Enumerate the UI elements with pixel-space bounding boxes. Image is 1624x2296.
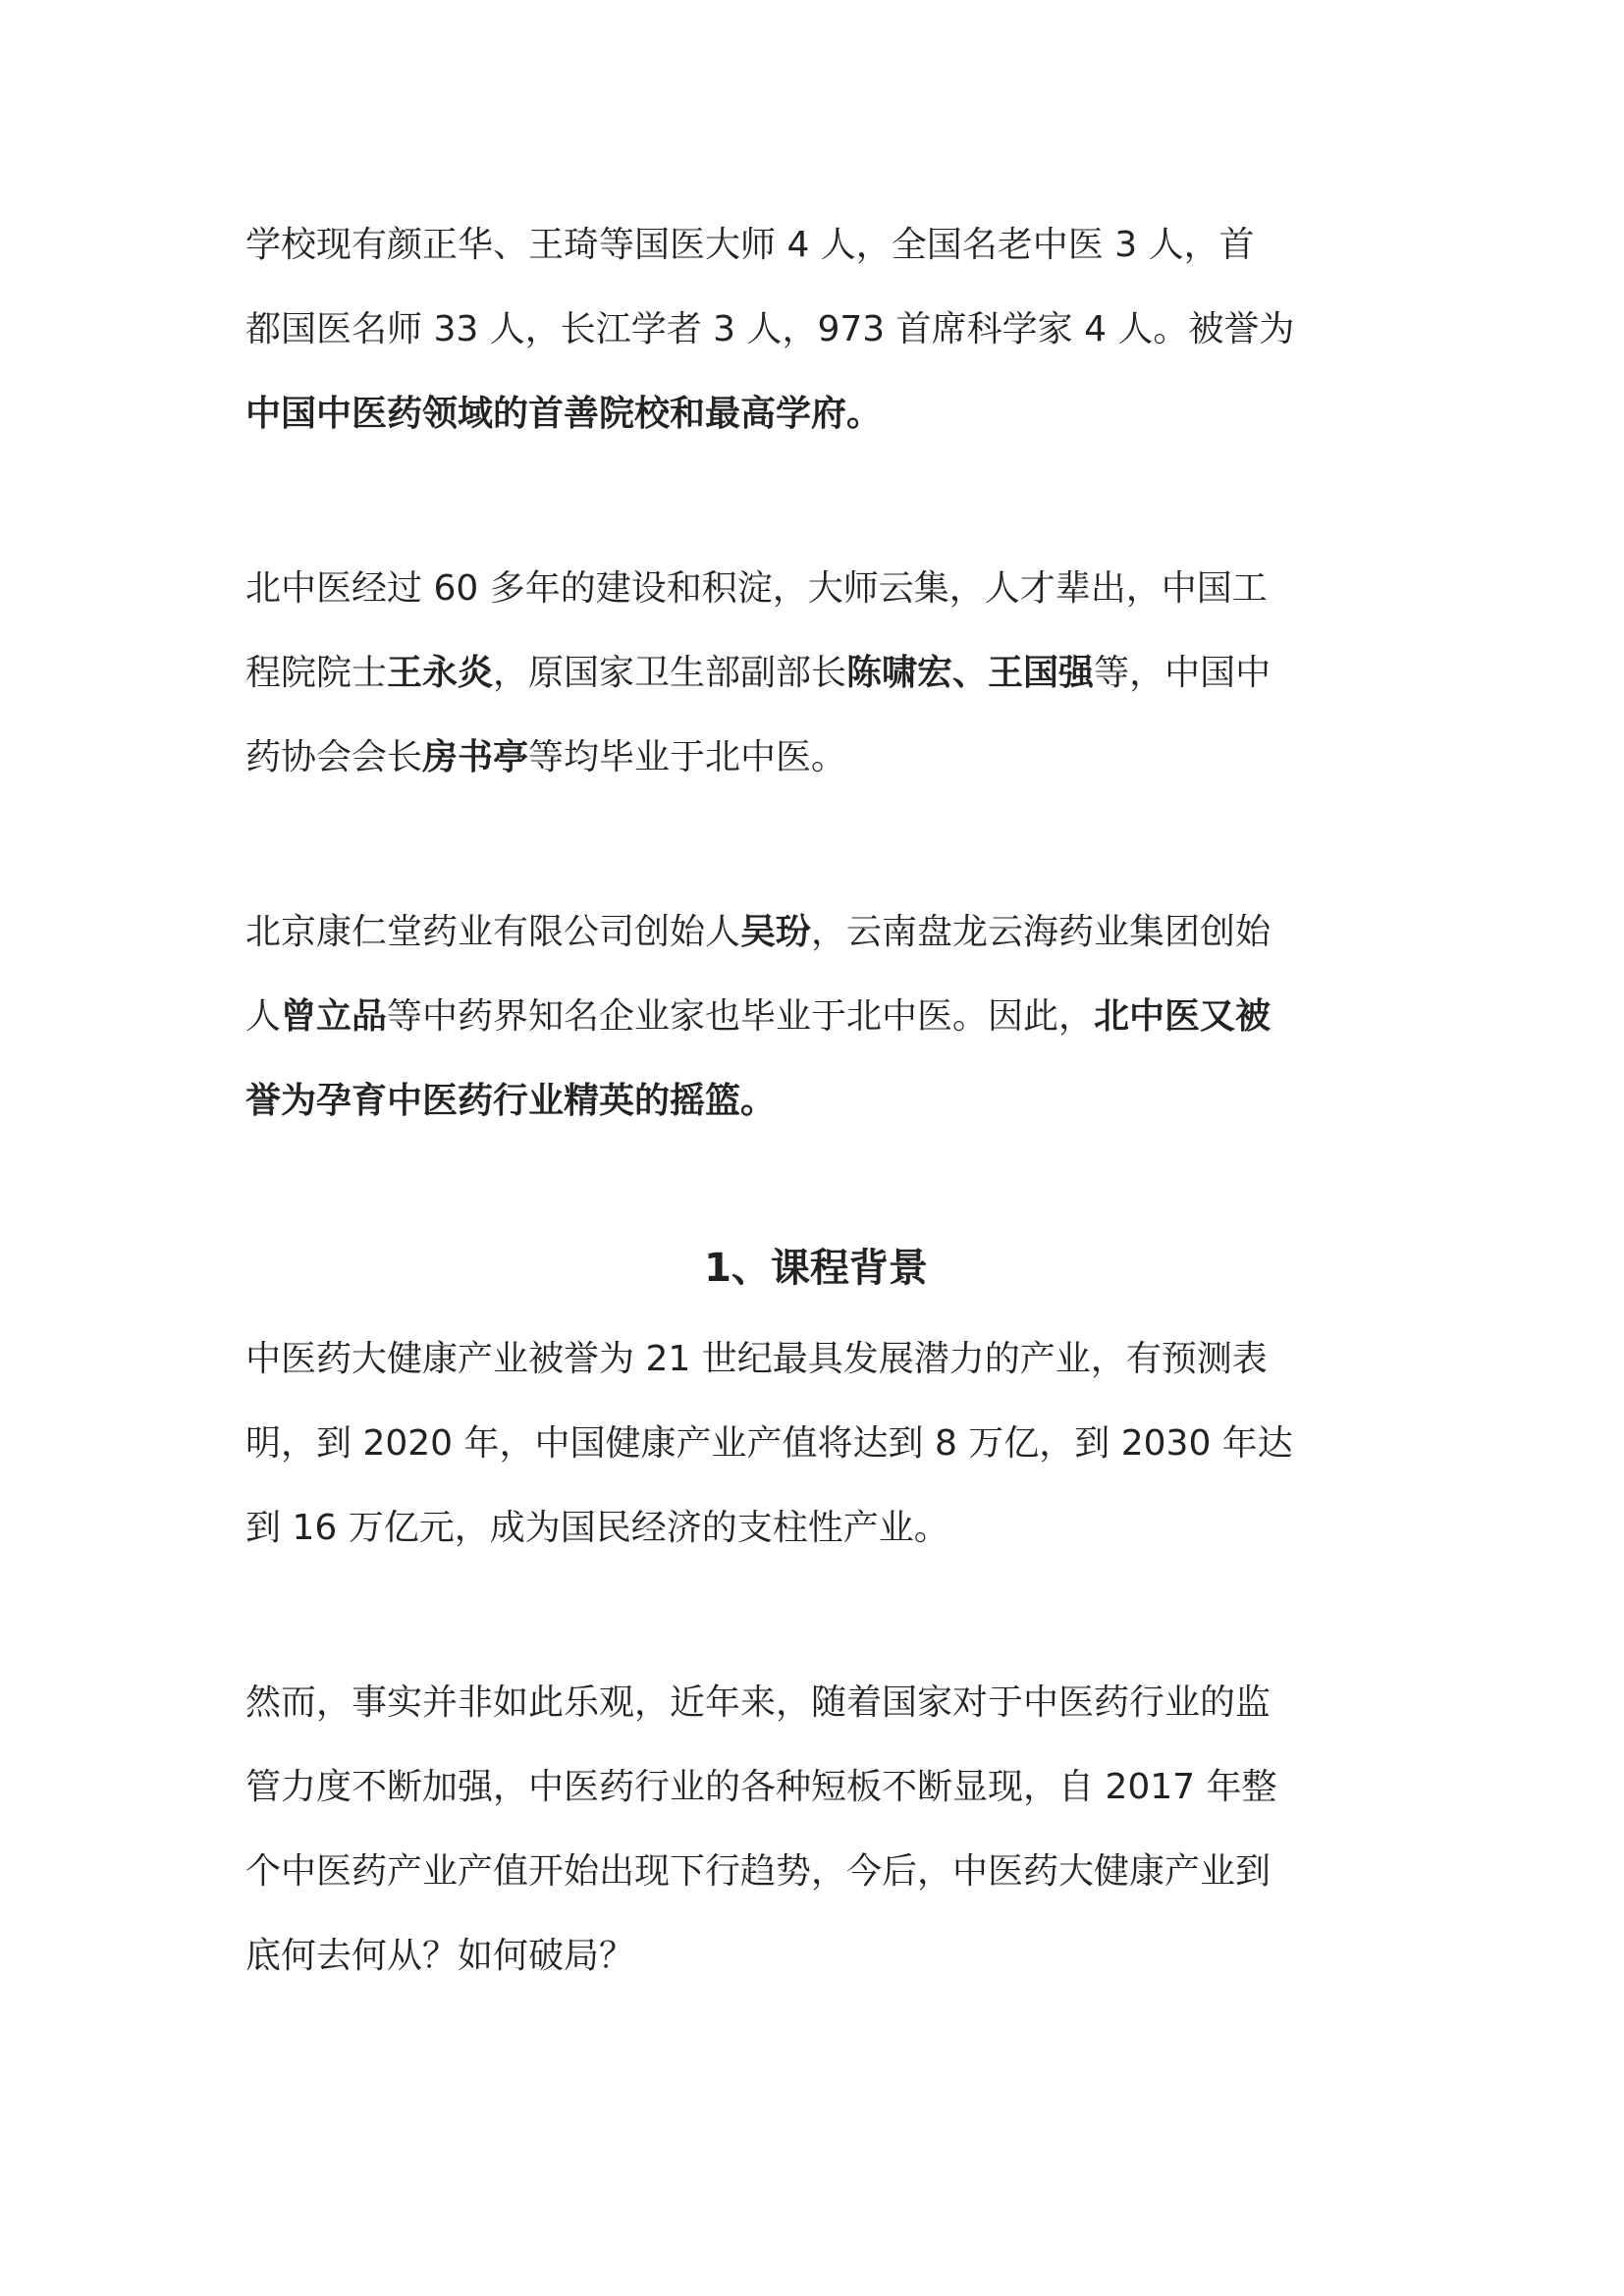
text-run: 等中药界知名企业家也毕业于北中医。因此，: [387, 996, 1094, 1037]
text-line: 誉为孕育中医药行业精英的摇篮。: [245, 1059, 1386, 1144]
text-run: 个中医药产业产值开始出现下行趋势，今后，中医药大健康产业到: [245, 1851, 1271, 1892]
text-run: 管力度不断加强，中医药行业的各种短板不断显现，自 2017 年整: [245, 1767, 1277, 1807]
bold-name: 房书亭: [422, 737, 528, 777]
text-run: 北中医经过 60 多年的建设和积淀，大师云集，人才辈出，中国工: [245, 568, 1268, 609]
text-line: 北中医经过 60 多年的建设和积淀，大师云集，人才辈出，中国工: [245, 547, 1386, 631]
text-run: 药协会会长: [245, 737, 422, 777]
section-heading: 1、课程背景: [245, 1239, 1386, 1298]
text-line: 都国医名师 33 人，长江学者 3 人，973 首席科学家 4 人。被誉为: [245, 288, 1386, 372]
text-run: 底何去何从？如何破局？: [245, 1936, 634, 1976]
text-run: ，云南盘龙云海药业集团创始: [811, 912, 1271, 952]
bold-text-run: 誉为孕育中医药行业精英的摇篮。: [245, 1081, 776, 1121]
text-line: 到 16 万亿元，成为国民经济的支柱性产业。: [245, 1486, 1386, 1571]
text-run: 都国医名师 33 人，长江学者 3 人，973 首席科学家 4 人。被誉为: [245, 309, 1294, 349]
text-line: 底何去何从？如何破局？: [245, 1914, 1386, 1999]
text-line: 然而，事实并非如此乐观，近年来，随着国家对于中医药行业的监: [245, 1661, 1386, 1745]
text-line: 学校现有颜正华、王琦等国医大师 4 人，全国名老中医 3 人，首: [245, 203, 1386, 288]
paragraph-masters: 学校现有颜正华、王琦等国医大师 4 人，全国名老中医 3 人，首 都国医名师 3…: [245, 203, 1386, 456]
text-run: 中医药大健康产业被誉为 21 世纪最具发展潜力的产业，有预测表: [245, 1339, 1268, 1379]
text-run: 人: [245, 996, 281, 1037]
bold-name: 王永炎: [387, 653, 493, 693]
paragraph-industry-challenges: 然而，事实并非如此乐观，近年来，随着国家对于中医药行业的监 管力度不断加强，中医…: [245, 1661, 1386, 1999]
text-run: 然而，事实并非如此乐观，近年来，随着国家对于中医药行业的监: [245, 1682, 1271, 1723]
bold-name: 吴玢: [740, 912, 811, 952]
text-line: 个中医药产业产值开始出现下行趋势，今后，中医药大健康产业到: [245, 1830, 1386, 1914]
text-line: 明，到 2020 年，中国健康产业产值将达到 8 万亿，到 2030 年达: [245, 1402, 1386, 1486]
text-line: 程院院士王永炎，原国家卫生部副部长陈啸宏、王国强等，中国中: [245, 631, 1386, 716]
text-run: 到 16 万亿元，成为国民经济的支柱性产业。: [245, 1508, 949, 1548]
bold-name: 陈啸宏、王国强: [846, 653, 1094, 693]
text-run: 程院院士: [245, 653, 387, 693]
text-run: 明，到 2020 年，中国健康产业产值将达到 8 万亿，到 2030 年达: [245, 1423, 1293, 1464]
bold-text-run: 中国中医药领域的首善院校和最高学府。: [245, 394, 882, 434]
text-run: 学校现有颜正华、王琦等国医大师 4 人，全国名老中医 3 人，首: [245, 225, 1255, 265]
text-run: 等，中国中: [1094, 653, 1271, 693]
text-line: 中医药大健康产业被誉为 21 世纪最具发展潜力的产业，有预测表: [245, 1317, 1386, 1402]
text-line: 药协会会长房书亭等均毕业于北中医。: [245, 716, 1386, 800]
text-line: 人曾立品等中药界知名企业家也毕业于北中医。因此，北中医又被: [245, 975, 1386, 1059]
bold-text-run: 北中医又被: [1094, 996, 1271, 1037]
paragraph-alumni-entrepreneurs: 北京康仁堂药业有限公司创始人吴玢，云南盘龙云海药业集团创始 人曾立品等中药界知名…: [245, 890, 1386, 1144]
text-line: 管力度不断加强，中医药行业的各种短板不断显现，自 2017 年整: [245, 1745, 1386, 1830]
text-run: ，原国家卫生部副部长: [493, 653, 846, 693]
text-line: 中国中医药领域的首善院校和最高学府。: [245, 372, 1386, 456]
bold-name: 曾立品: [281, 996, 387, 1037]
text-run: 北京康仁堂药业有限公司创始人: [245, 912, 740, 952]
text-line: 北京康仁堂药业有限公司创始人吴玢，云南盘龙云海药业集团创始: [245, 890, 1386, 975]
paragraph-industry-outlook: 中医药大健康产业被誉为 21 世纪最具发展潜力的产业，有预测表 明，到 2020…: [245, 1317, 1386, 1571]
paragraph-alumni-officials: 北中医经过 60 多年的建设和积淀，大师云集，人才辈出，中国工 程院院士王永炎，…: [245, 547, 1386, 800]
text-run: 等均毕业于北中医。: [528, 737, 846, 777]
